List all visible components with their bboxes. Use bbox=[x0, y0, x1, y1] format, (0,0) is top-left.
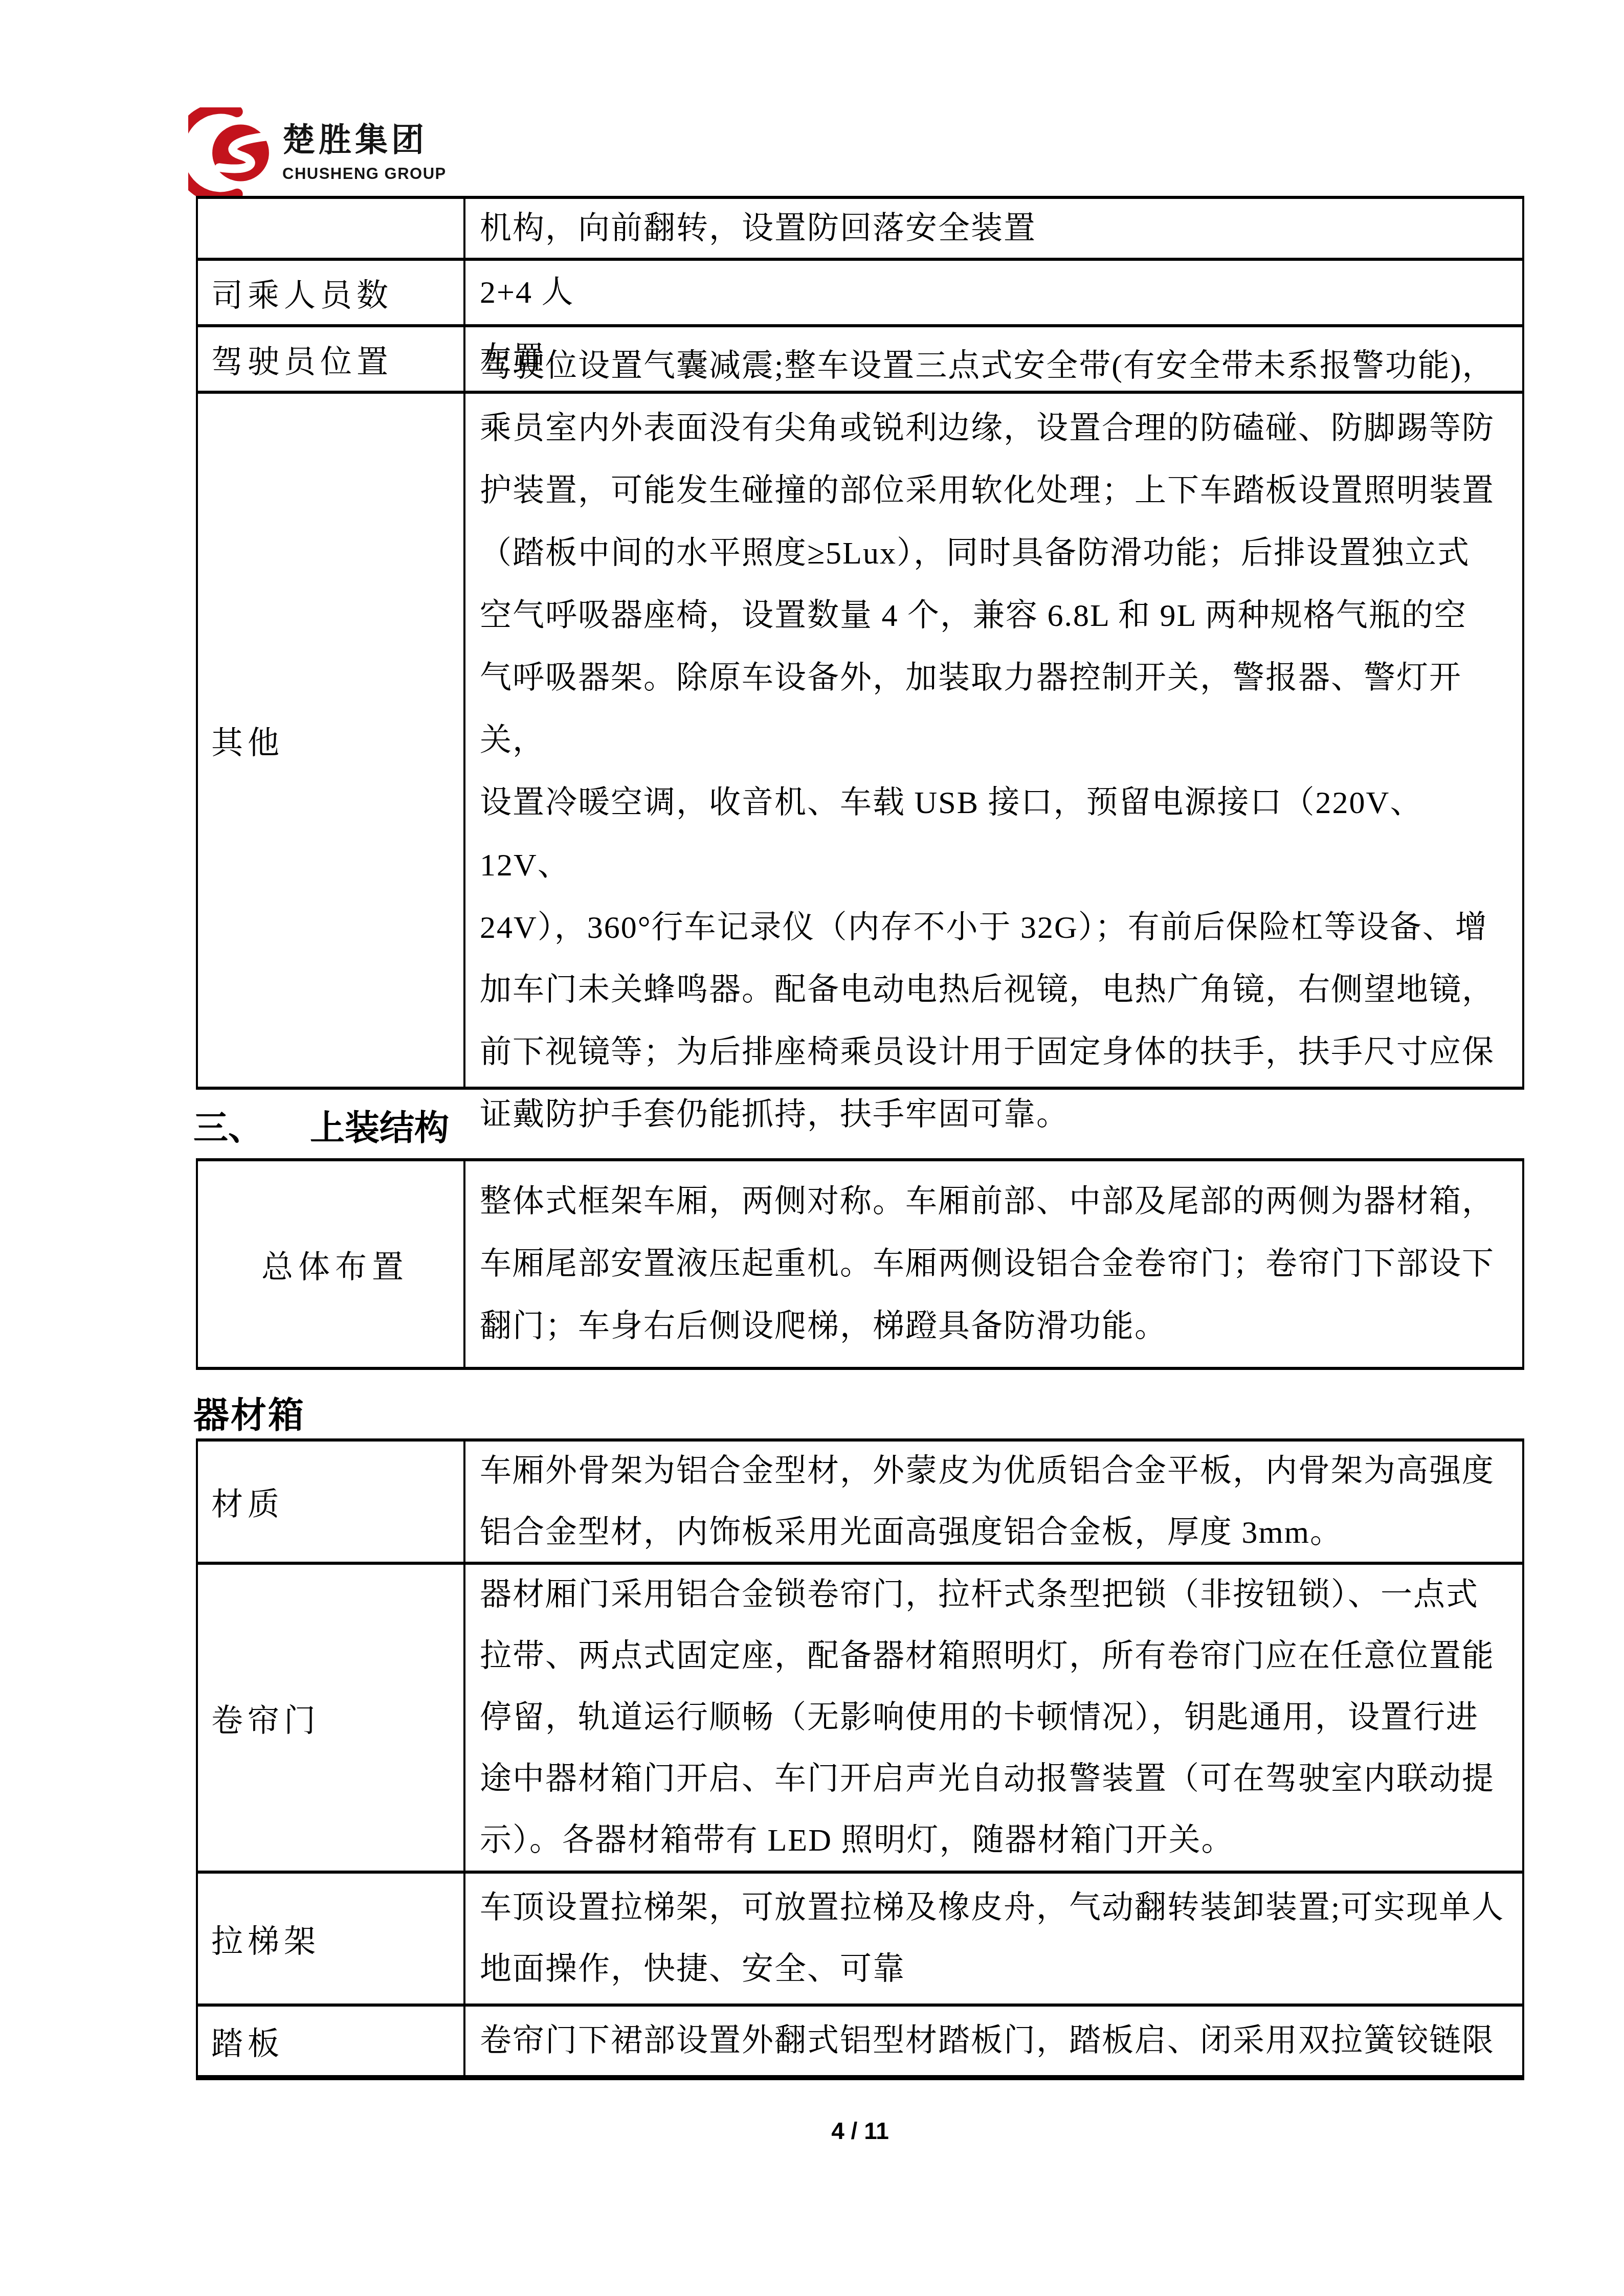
row-label-empty bbox=[198, 199, 465, 258]
logo-text: 楚胜集团 CHUSHENG GROUP bbox=[282, 123, 447, 183]
section-heading-superstructure: 三、 上装结构 bbox=[193, 1100, 449, 1150]
equipment-box-table: 材质 车厢外骨架为铝合金型材，外蒙皮为优质铝合金平板，内骨架为高强度 铝合金型材… bbox=[196, 1438, 1524, 2080]
row-value: 机构，向前翻转，设置防回落安全装置 bbox=[465, 199, 1522, 258]
row-label: 踏板 bbox=[198, 2007, 465, 2075]
section-title: 上装结构 bbox=[310, 1100, 449, 1150]
table-row-crew-count: 司乘人员数 2+4 人 bbox=[198, 258, 1522, 324]
row-label: 驾驶员位置 bbox=[198, 327, 465, 391]
company-logo: 楚胜集团 CHUSHENG GROUP bbox=[188, 107, 447, 198]
row-value: 卷帘门下裙部设置外翻式铝型材踏板门，踏板启、闭采用双拉簧铰链限 bbox=[465, 2007, 1522, 2075]
table-row-ladder-rack: 拉梯架 车顶设置拉梯架，可放置拉梯及橡皮舟，气动翻转装卸装置;可实现单人 地面操… bbox=[198, 1871, 1522, 2004]
structure-table: 总体布置 整体式框架车厢，两侧对称。车厢前部、中部及尾部的两侧为器材箱， 车厢尾… bbox=[196, 1158, 1524, 1370]
cab-spec-table: 机构，向前翻转，设置防回落安全装置 司乘人员数 2+4 人 驾驶员位置 左置 其… bbox=[196, 196, 1524, 1090]
table-row-material: 材质 车厢外骨架为铝合金型材，外蒙皮为优质铝合金平板，内骨架为高强度 铝合金型材… bbox=[198, 1442, 1522, 1562]
chusheng-logo-icon bbox=[188, 107, 274, 198]
table-row-step-board: 踏板 卷帘门下裙部设置外翻式铝型材踏板门，踏板启、闭采用双拉簧铰链限 bbox=[198, 2004, 1522, 2075]
brand-name-en: CHUSHENG GROUP bbox=[282, 165, 447, 183]
document-page: 楚胜集团 CHUSHENG GROUP 机构，向前翻转，设置防回落安全装置 司乘… bbox=[0, 0, 1624, 2296]
subsection-heading-equipment-box: 器材箱 bbox=[193, 1387, 305, 1438]
table-row-overall-layout: 总体布置 整体式框架车厢，两侧对称。车厢前部、中部及尾部的两侧为器材箱， 车厢尾… bbox=[198, 1161, 1522, 1367]
row-value: 车顶设置拉梯架，可放置拉梯及橡皮舟，气动翻转装卸装置;可实现单人 地面操作，快捷… bbox=[465, 1874, 1522, 2004]
table-row-continuation: 机构，向前翻转，设置防回落安全装置 bbox=[198, 199, 1522, 258]
section-number: 三、 bbox=[193, 1100, 263, 1150]
row-label: 材质 bbox=[198, 1442, 465, 1562]
brand-name-cn: 楚胜集团 bbox=[282, 123, 447, 157]
page-number: 4 / 11 bbox=[196, 2117, 1524, 2145]
table-row-roller-door: 卷帘门 器材厢门采用铝合金锁卷帘门，拉杆式条型把锁（非按钮锁）、一点式 拉带、两… bbox=[198, 1562, 1522, 1871]
row-label: 总体布置 bbox=[198, 1161, 465, 1367]
row-label: 拉梯架 bbox=[198, 1874, 465, 2004]
row-value: 2+4 人 bbox=[465, 261, 1522, 324]
row-value: 器材厢门采用铝合金锁卷帘门，拉杆式条型把锁（非按钮锁）、一点式 拉带、两点式固定… bbox=[465, 1565, 1522, 1871]
table-row-other: 其他 驾驶位设置气囊减震;整车设置三点式安全带(有安全带未系报警功能)， 乘员室… bbox=[198, 391, 1522, 1087]
row-label: 司乘人员数 bbox=[198, 261, 465, 324]
row-label: 其他 bbox=[198, 394, 465, 1087]
row-value: 驾驶位设置气囊减震;整车设置三点式安全带(有安全带未系报警功能)， 乘员室内外表… bbox=[465, 394, 1522, 1087]
row-label: 卷帘门 bbox=[198, 1565, 465, 1871]
row-value: 车厢外骨架为铝合金型材，外蒙皮为优质铝合金平板，内骨架为高强度 铝合金型材，内饰… bbox=[465, 1442, 1522, 1562]
row-value: 整体式框架车厢，两侧对称。车厢前部、中部及尾部的两侧为器材箱， 车厢尾部安置液压… bbox=[465, 1161, 1522, 1367]
